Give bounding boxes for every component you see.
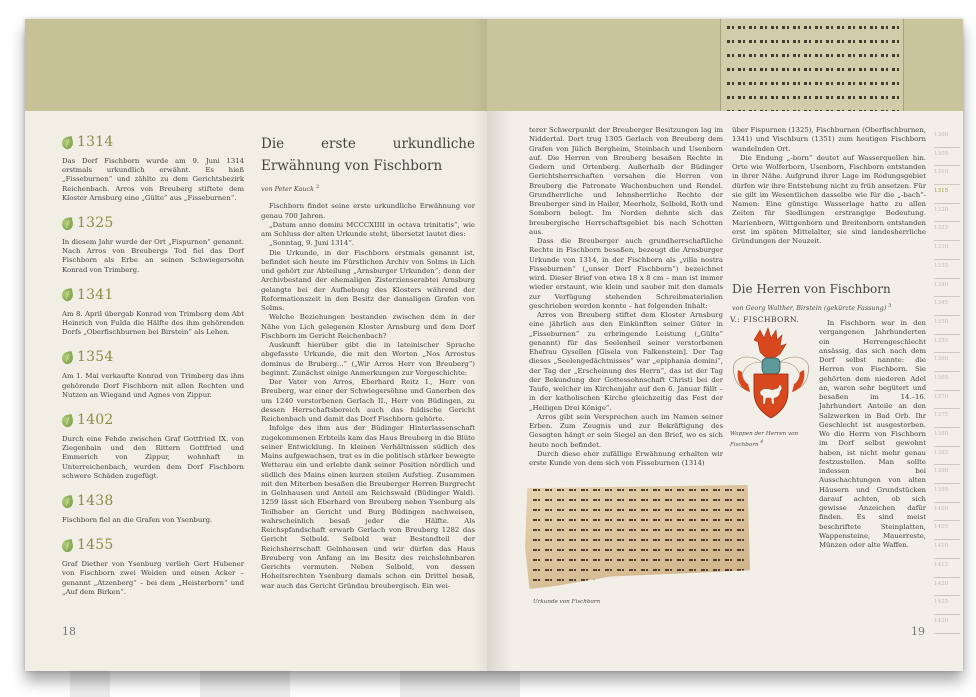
ruler-tick: 1370 — [934, 391, 960, 410]
article-paragraph: über Fispurnen (1325), Fischburnen (Ober… — [732, 126, 926, 154]
timeline-text: In diesem Jahr wurde der Ort „Fispurnen“… — [62, 238, 244, 275]
article-paragraph: „Sonntag, 9. Juni 1314“. — [261, 239, 475, 248]
ruler-tick: 1390 — [934, 465, 960, 484]
ruler-tick: 1405 — [934, 521, 960, 540]
timeline-text: Graf Diether von Ysenburg verlieh Gert H… — [62, 560, 244, 597]
timeline-heading: 1341 — [62, 287, 244, 304]
timeline-text: Am 1. Mai verkaufte Konrad von Trimberg … — [62, 372, 244, 400]
article-paragraph: „Datum anno domini MCCCXIIII in octava t… — [261, 221, 475, 240]
timeline-heading: 1325 — [62, 215, 244, 232]
timeline-entry: 1341Am 8. April übergab Konrad von Trimb… — [62, 287, 244, 338]
footnote-ref: 3 — [888, 303, 891, 309]
handwriting-line — [727, 106, 899, 111]
timeline-entry: 1354Am 1. Mai verkaufte Konrad von Trimb… — [62, 349, 244, 400]
timeline: 1314Das Dorf Fischborn wurde am 9. Juni … — [62, 134, 244, 609]
right-column-1: terer Schwerpunkt der Breuberger Besitzu… — [529, 126, 723, 468]
timeline-entry: 1325In diesem Jahr wurde der Ort „Fispur… — [62, 215, 244, 275]
handwriting-line — [727, 78, 899, 89]
ruler-tick: 1335 — [934, 260, 960, 279]
timeline-text: Das Dorf Fischborn wurde am 9. Juni 1314… — [62, 157, 244, 203]
ruler-tick: 1360 — [934, 353, 960, 372]
handwriting-line — [533, 576, 600, 585]
ruler-tick: 1355 — [934, 335, 960, 354]
article-paragraph: Durch diese eher zufällige Erwähnung erh… — [529, 450, 723, 469]
ruler-tick: 1310 — [934, 166, 960, 185]
article-paragraph: terer Schwerpunkt der Breuberger Besitzu… — [529, 126, 723, 237]
leaf-icon — [61, 539, 74, 553]
ruler-tick: 1340 — [934, 279, 960, 298]
article-paragraph: Dass die Breuberger auch grundherrschaft… — [529, 237, 723, 311]
timeline-heading: 1402 — [62, 412, 244, 429]
timeline-text: Fischborn fiel an die Grafen von Ysenbur… — [62, 516, 244, 525]
handwriting-line — [533, 566, 744, 575]
handwriting-line — [727, 22, 899, 33]
article-paragraph: Infolge des ihm aus der Büdinger Hinterl… — [261, 424, 475, 591]
timeline-heading: 1438 — [62, 493, 244, 510]
article-paragraph: Fischborn findet seine erste urkundliche… — [261, 202, 475, 221]
timeline-entry: 1402Durch eine Fehde zwischen Graf Gottf… — [62, 412, 244, 481]
right-column-2: über Fispurnen (1325), Fischburnen (Ober… — [732, 126, 926, 322]
timeline-year: 1455 — [77, 541, 113, 550]
section-byline: von Georg Walther, Birstein (gekürzte Fa… — [732, 302, 926, 313]
article-paragraph: Auskunft hierüber gibt die in lateinisch… — [261, 341, 475, 378]
page-number-right: 19 — [911, 625, 925, 638]
ruler-tick: 1425 — [934, 596, 960, 615]
timeline-year: 1314 — [77, 138, 113, 147]
handwriting-line — [533, 506, 744, 515]
timeline-year: 1402 — [77, 416, 113, 425]
ruler-tick: 1305 — [934, 148, 960, 167]
right-page: terer Schwerpunkt der Breuberger Besitzu… — [487, 19, 963, 671]
ruler-tick: 1430 — [934, 615, 960, 634]
leaf-icon — [61, 217, 74, 231]
ruler-tick: 1415 — [934, 559, 960, 578]
timeline-heading: 1354 — [62, 349, 244, 366]
ruler-tick: 1300 — [934, 129, 960, 148]
leaf-icon — [61, 414, 74, 428]
handwriting-line — [727, 92, 899, 103]
article-paragraph: Der Vater von Arros, Eberhard Reitz I., … — [261, 378, 475, 424]
timeline-entry: 1455Graf Diether von Ysenburg verlieh Ge… — [62, 537, 244, 597]
book-spread: 1314Das Dorf Fischborn wurde am 9. Juni … — [25, 19, 963, 671]
ruler-tick: 1315 — [934, 185, 960, 204]
article-paragraph: Die Urkunde, in der Fischborn erstmals g… — [261, 249, 475, 314]
ruler-tick: 1420 — [934, 578, 960, 597]
document-image — [525, 485, 750, 589]
crest-caption: Wappen der Herren von Fischborn 4 — [730, 431, 810, 449]
article-byline: von Peter Kauck 2 — [261, 183, 475, 194]
timeline-year: 1341 — [77, 291, 113, 300]
leaf-icon — [61, 495, 74, 509]
handwriting-line — [727, 64, 899, 75]
handwriting-line — [533, 536, 744, 545]
timeline-year: 1438 — [77, 497, 113, 506]
document-caption: Urkunde von Fischborn — [533, 599, 600, 607]
year-ruler: 1300130513101315132013251330133513401345… — [934, 129, 960, 634]
handwriting-line — [727, 50, 899, 61]
ruler-tick: 1410 — [934, 540, 960, 559]
leaf-icon — [61, 288, 74, 302]
ruler-tick: 1350 — [934, 316, 960, 335]
timeline-text: Am 8. April übergab Konrad von Trimberg … — [62, 310, 244, 338]
handwriting-line — [533, 546, 744, 555]
ruler-tick: 1365 — [934, 372, 960, 391]
ruler-tick: 1375 — [934, 409, 960, 428]
ruler-tick: 1325 — [934, 222, 960, 241]
crest-label: V.: FISCHBORN. — [730, 315, 812, 324]
handwriting-line — [533, 556, 744, 565]
timeline-entry: 1314Das Dorf Fischborn wurde am 9. Juni … — [62, 134, 244, 203]
coat-of-arms-icon — [730, 326, 812, 422]
timeline-year: 1354 — [77, 353, 113, 362]
timeline-year: 1325 — [77, 219, 113, 228]
timeline-entry: 1438Fischborn fiel an die Grafen von Yse… — [62, 493, 244, 525]
ruler-tick: 1320 — [934, 204, 960, 223]
article-title: Die erste urkundliche Erwähnung von Fisc… — [261, 133, 475, 177]
leaf-icon — [61, 135, 74, 149]
manuscript-detail-image — [720, 19, 904, 111]
left-page: 1314Das Dorf Fischborn wurde am 9. Juni … — [25, 19, 487, 671]
timeline-text: Durch eine Fehde zwischen Graf Gottfried… — [62, 435, 244, 481]
handwriting-line — [533, 526, 744, 535]
ruler-tick: 1380 — [934, 428, 960, 447]
timeline-heading: 1455 — [62, 537, 244, 554]
coat-of-arms: V.: FISCHBORN. — [730, 315, 812, 425]
page-number-left: 18 — [62, 625, 76, 638]
handwriting-line — [533, 496, 744, 505]
article-body: Fischborn findet seine erste urkundliche… — [261, 202, 475, 591]
handwriting-line — [727, 36, 899, 47]
article-paragraph: Welche Beziehungen bestanden zwischen de… — [261, 313, 475, 341]
timeline-heading: 1314 — [62, 134, 244, 151]
header-band — [25, 19, 487, 111]
ruler-tick: 1395 — [934, 484, 960, 503]
article-paragraph: Arros gibt sein Versprechen auch im Name… — [529, 413, 723, 450]
ruler-tick: 1345 — [934, 297, 960, 316]
handwriting-line — [533, 516, 744, 525]
leaf-icon — [61, 351, 74, 365]
section-title: Die Herren von Fischborn — [732, 278, 926, 300]
section-body: In Fischborn war in den vergangenen Jahr… — [819, 319, 926, 550]
handwriting-line — [533, 486, 744, 495]
article-paragraph: Die Endung „-born“ deutet auf Wasserquel… — [732, 154, 926, 247]
ruler-tick: 1330 — [934, 241, 960, 260]
ruler-tick: 1400 — [934, 503, 960, 522]
article-paragraph: Arros von Breuberg stiftet dem Kloster A… — [529, 311, 723, 413]
ruler-tick: 1385 — [934, 447, 960, 466]
article-column: Die erste urkundliche Erwähnung von Fisc… — [261, 133, 475, 591]
footnote-ref: 2 — [316, 184, 319, 190]
